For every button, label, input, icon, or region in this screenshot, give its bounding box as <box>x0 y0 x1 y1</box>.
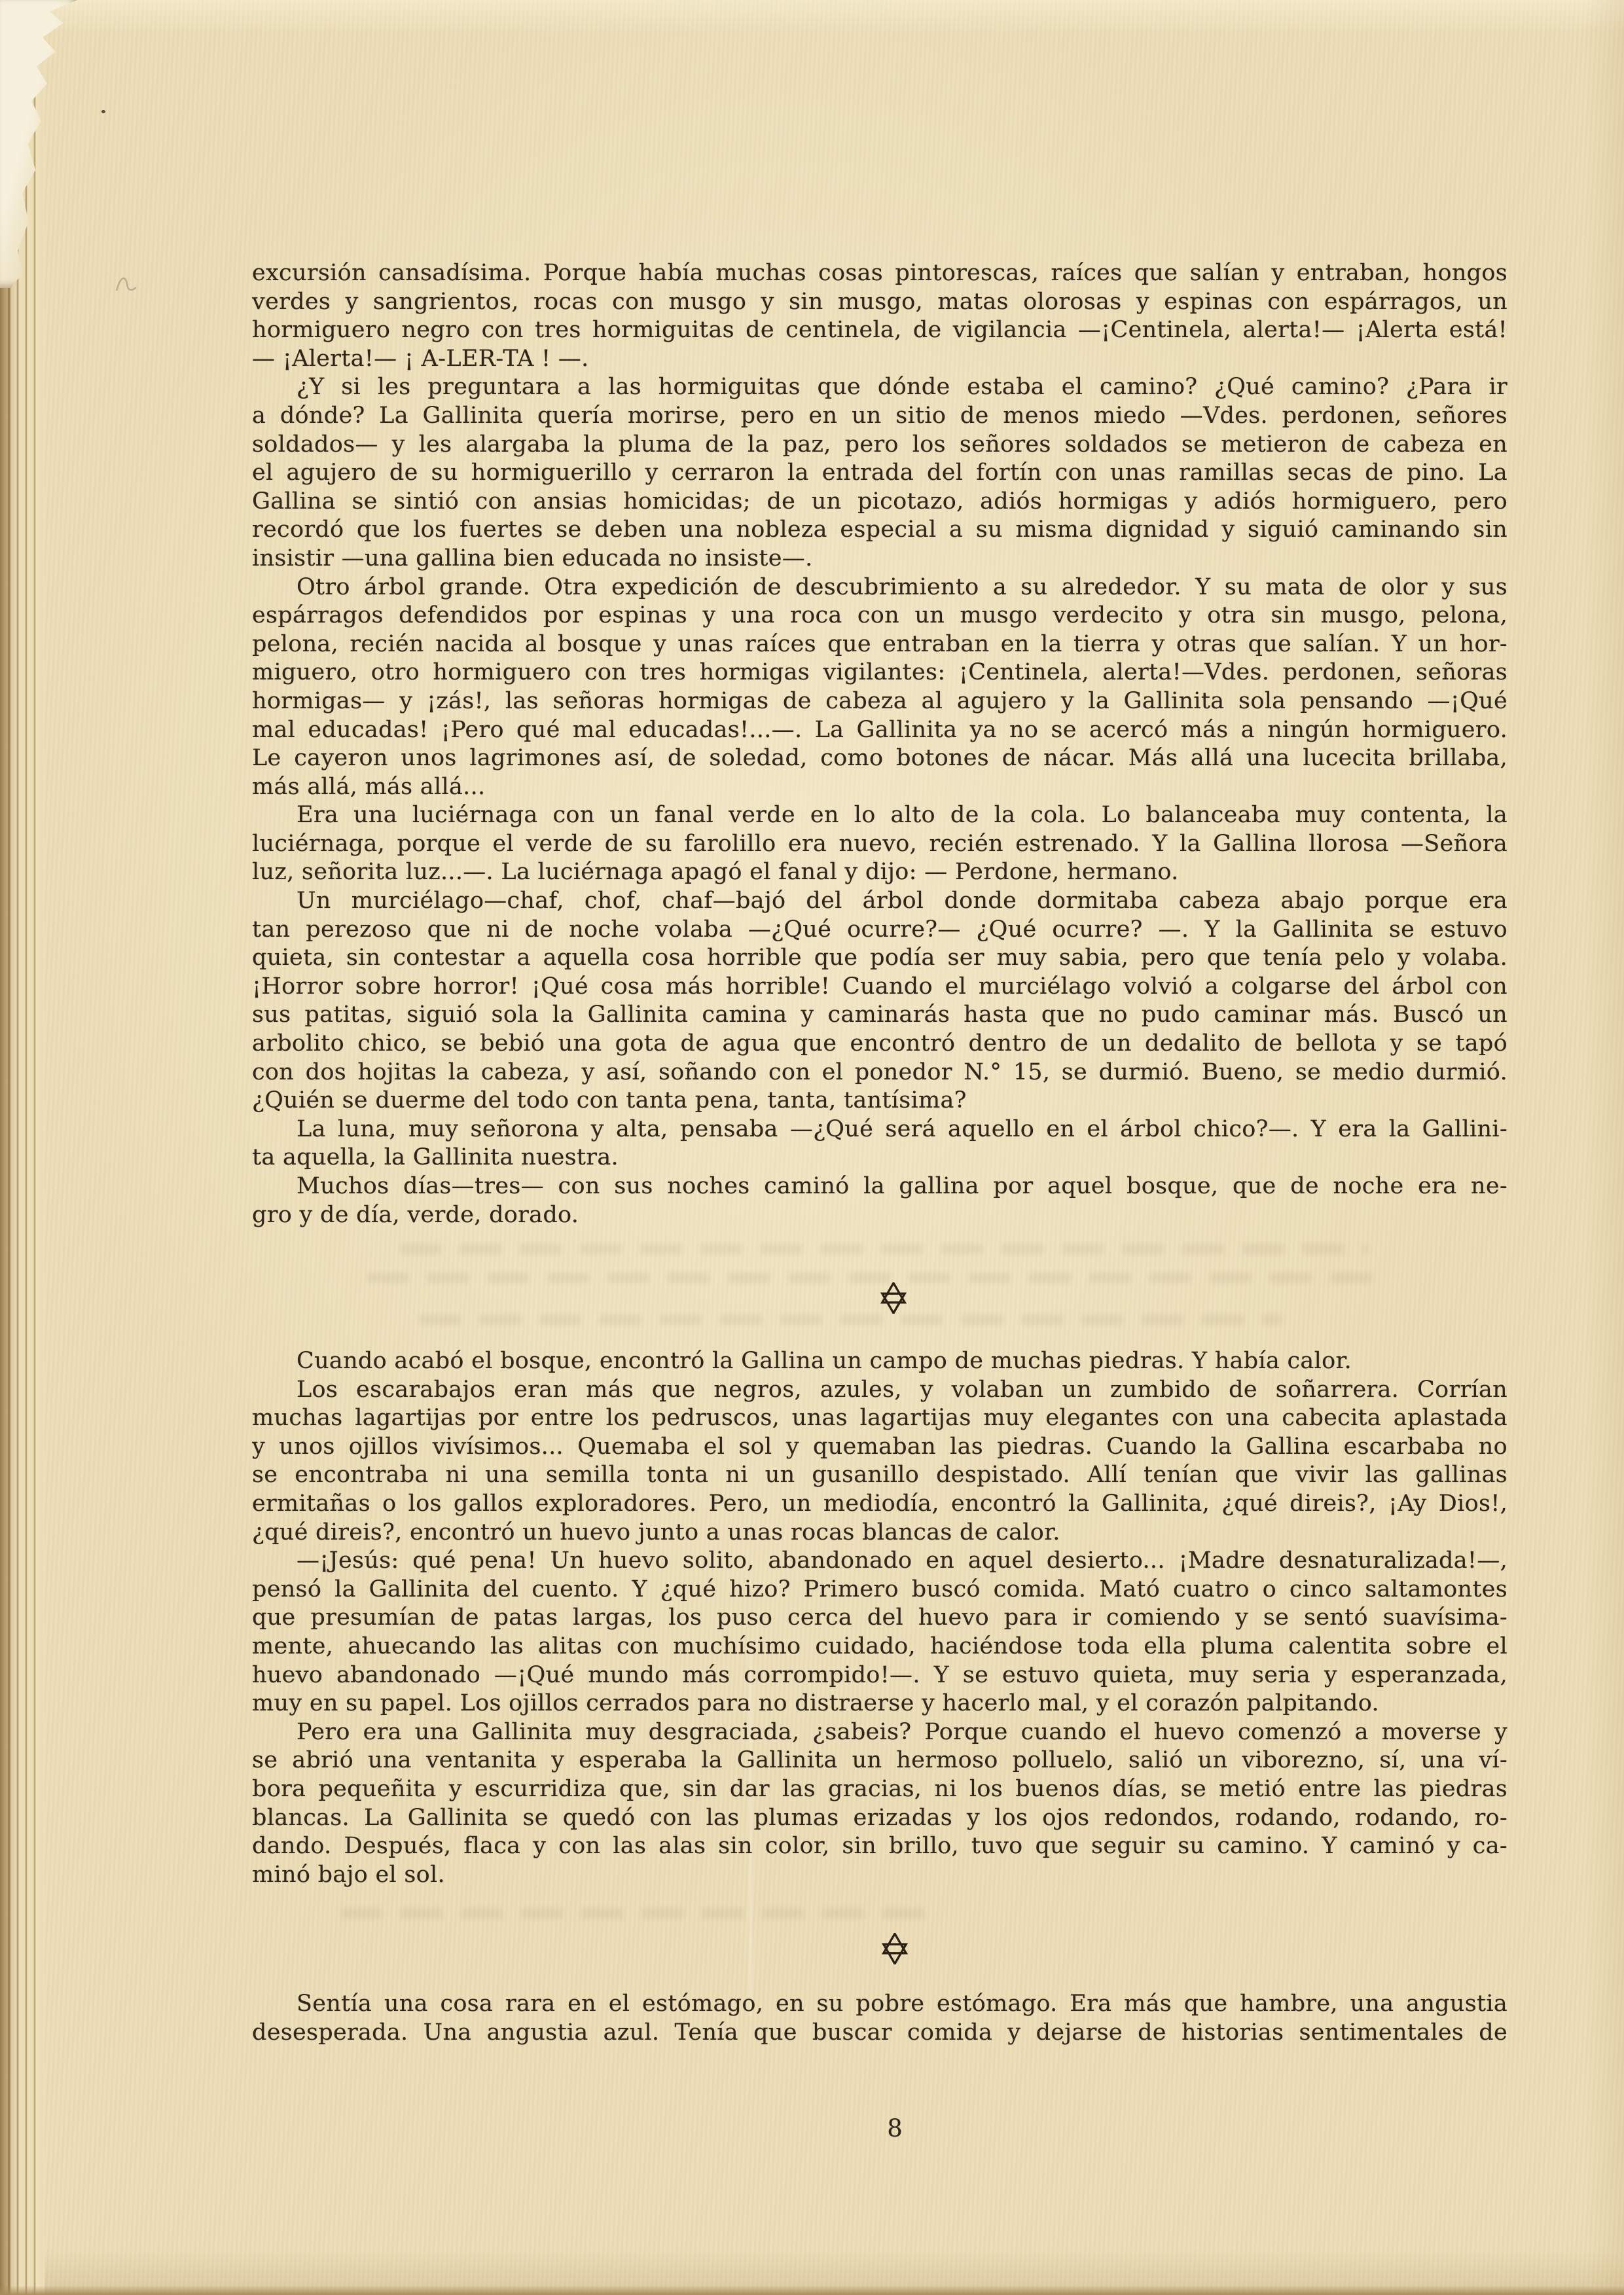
text-line: ¡Horror sobre horror! ¡Qué cosa más horr… <box>252 973 1507 1002</box>
text-line: ermitañas o los gallos exploradores. Per… <box>252 1490 1507 1519</box>
text-line: ¿Quién se duerme del todo con tanta pena… <box>252 1087 1507 1115</box>
text-line: pelona, recién nacida al bosque y unas r… <box>252 630 1507 659</box>
text-line: el agujero de su hormiguerillo y cerraro… <box>252 459 1507 488</box>
text-line: gro y de día, verde, dorado. <box>252 1201 1507 1230</box>
six-pointed-star-icon <box>880 1933 909 1964</box>
text-line: Gallina se sintió con ansias homicidas; … <box>252 488 1507 516</box>
paragraph: excursión cansadísima. Porque había much… <box>252 259 1507 373</box>
showthrough-smudge <box>419 1314 1283 1325</box>
text-line: mal educadas! ¡Pero qué mal educadas!...… <box>252 716 1507 745</box>
text-line: luz, señorita luz...—. La luciérnaga apa… <box>252 858 1507 887</box>
text-line: luciérnaga, porque el verde de su faroli… <box>252 830 1507 859</box>
paragraph: Un murciélago—chaf, chof, chaf—bajó del … <box>252 887 1507 1115</box>
text-line: verdes y sangrientos, rocas con musgo y … <box>252 288 1507 317</box>
text-line: blancas. La Gallinita se quedó con las p… <box>252 1804 1507 1833</box>
text-block-3: Sentía una cosa rara en el estómago, en … <box>252 1990 1507 2047</box>
text-line: se encontraba ni una semilla tonta ni un… <box>252 1461 1507 1490</box>
text-line: se abrió una ventanita y esperaba la Gal… <box>252 1746 1507 1775</box>
showthrough-smudge <box>367 1273 1375 1283</box>
text-line: más allá, más allá... <box>252 773 1507 802</box>
text-line: excursión cansadísima. Porque había much… <box>252 259 1507 288</box>
text-line: ¿qué direis?, encontró un huevo junto a … <box>252 1519 1507 1547</box>
text-line: muy en su papel. Los ojillos cerrados pa… <box>252 1690 1507 1718</box>
text-line: Pero era una Gallinita muy desgraciada, … <box>252 1718 1507 1747</box>
text-line: minó bajo el sol. <box>252 1861 1507 1890</box>
text-line: y unos ojillos vivísimos... Quemaba el s… <box>252 1433 1507 1462</box>
text-line: Era una luciérnaga con un fanal verde en… <box>252 801 1507 830</box>
pencil-squiggle <box>113 270 141 298</box>
section-divider <box>879 1282 908 1314</box>
ink-speck <box>101 110 105 113</box>
text-line: quieta, sin contestar a aquella cosa hor… <box>252 944 1507 973</box>
page-bottom-edge <box>0 2286 1624 2295</box>
text-line: hormigas— y ¡zás!, las señoras hormigas … <box>252 687 1507 716</box>
text-line: recordó que los fuertes se deben una nob… <box>252 516 1507 545</box>
text-line: desesperada. Una angustia azul. Tenía qu… <box>252 2019 1507 2048</box>
paragraph: Sentía una cosa rara en el estómago, en … <box>252 1990 1507 2047</box>
showthrough-smudge <box>340 1908 929 1919</box>
showthrough-smudge <box>399 1244 1368 1254</box>
six-pointed-star-icon <box>879 1282 908 1314</box>
text-line: ta aquella, la Gallinita nuestra. <box>252 1144 1507 1172</box>
text-line: arbolito chico, se bebió una gota de agu… <box>252 1030 1507 1058</box>
text-line: Cuando acabó el bosque, encontró la Gall… <box>252 1347 1507 1376</box>
text-line: Un murciélago—chaf, chof, chaf—bajó del … <box>252 887 1507 916</box>
text-line: ¿Y si les preguntara a las hormiguitas q… <box>252 373 1507 402</box>
text-line: que presumían de patas largas, los puso … <box>252 1604 1507 1633</box>
paragraph: ¿Y si les preguntara a las hormiguitas q… <box>252 373 1507 573</box>
text-line: espárragos defendidos por espinas y una … <box>252 602 1507 630</box>
paragraph: Los escarabajos eran más que negros, azu… <box>252 1376 1507 1547</box>
text-line: Otro árbol grande. Otra expedición de de… <box>252 573 1507 602</box>
text-line: mente, ahuecando las alitas con muchísim… <box>252 1633 1507 1661</box>
book-page-edges <box>0 0 45 2295</box>
text-line: con dos hojitas la cabeza, y así, soñand… <box>252 1058 1507 1087</box>
text-line: dando. Después, flaca y con las alas sin… <box>252 1832 1507 1861</box>
text-line: miguero, otro hormiguero con tres hormig… <box>252 659 1507 687</box>
text-line: —¡Jesús: qué pena! Un huevo solito, aban… <box>252 1547 1507 1576</box>
text-line: La luna, muy señorona y alta, pensaba —¿… <box>252 1115 1507 1144</box>
section-divider <box>880 1933 909 1964</box>
text-line: — ¡Alerta!— ¡ A-LER-TA ! —. <box>252 345 1507 374</box>
page-number: 8 <box>842 2114 947 2143</box>
text-line: bora pequeñita y escurridiza que, sin da… <box>252 1775 1507 1804</box>
book-page: excursión cansadísima. Porque había much… <box>0 0 1624 2295</box>
paragraph: Era una luciérnaga con un fanal verde en… <box>252 801 1507 887</box>
text-line: huevo abandonado —¡Qué mundo más corromp… <box>252 1661 1507 1690</box>
text-line: Sentía una cosa rara en el estómago, en … <box>252 1990 1507 2019</box>
text-line: sus patitas, siguió sola la Gallinita ca… <box>252 1001 1507 1030</box>
text-line: Muchos días—tres— con sus noches caminó … <box>252 1172 1507 1201</box>
text-line: a dónde? La Gallinita quería morirse, pe… <box>252 402 1507 431</box>
paragraph: Muchos días—tres— con sus noches caminó … <box>252 1172 1507 1229</box>
text-line: soldados— y les alargaba la pluma de la … <box>252 431 1507 460</box>
paragraph: Otro árbol grande. Otra expedición de de… <box>252 573 1507 802</box>
text-line: insistir —una gallina bien educada no in… <box>252 545 1507 573</box>
paragraph: Pero era una Gallinita muy desgraciada, … <box>252 1718 1507 1890</box>
text-line: Le cayeron unos lagrimones así, de soled… <box>252 744 1507 773</box>
paragraph: La luna, muy señorona y alta, pensaba —¿… <box>252 1115 1507 1172</box>
text-block-1: excursión cansadísima. Porque había much… <box>252 259 1507 1229</box>
text-line: hormiguero negro con tres hormiguitas de… <box>252 316 1507 345</box>
text-line: pensó la Gallinita del cuento. Y ¿qué hi… <box>252 1576 1507 1604</box>
text-line: muchas lagartijas por entre los pedrusco… <box>252 1404 1507 1433</box>
text-line: tan perezoso que ni de noche volaba —¿Qu… <box>252 916 1507 945</box>
text-block-2: Cuando acabó el bosque, encontró la Gall… <box>252 1347 1507 1889</box>
paragraph: Cuando acabó el bosque, encontró la Gall… <box>252 1347 1507 1376</box>
text-line: Los escarabajos eran más que negros, azu… <box>252 1376 1507 1405</box>
paragraph: —¡Jesús: qué pena! Un huevo solito, aban… <box>252 1547 1507 1718</box>
